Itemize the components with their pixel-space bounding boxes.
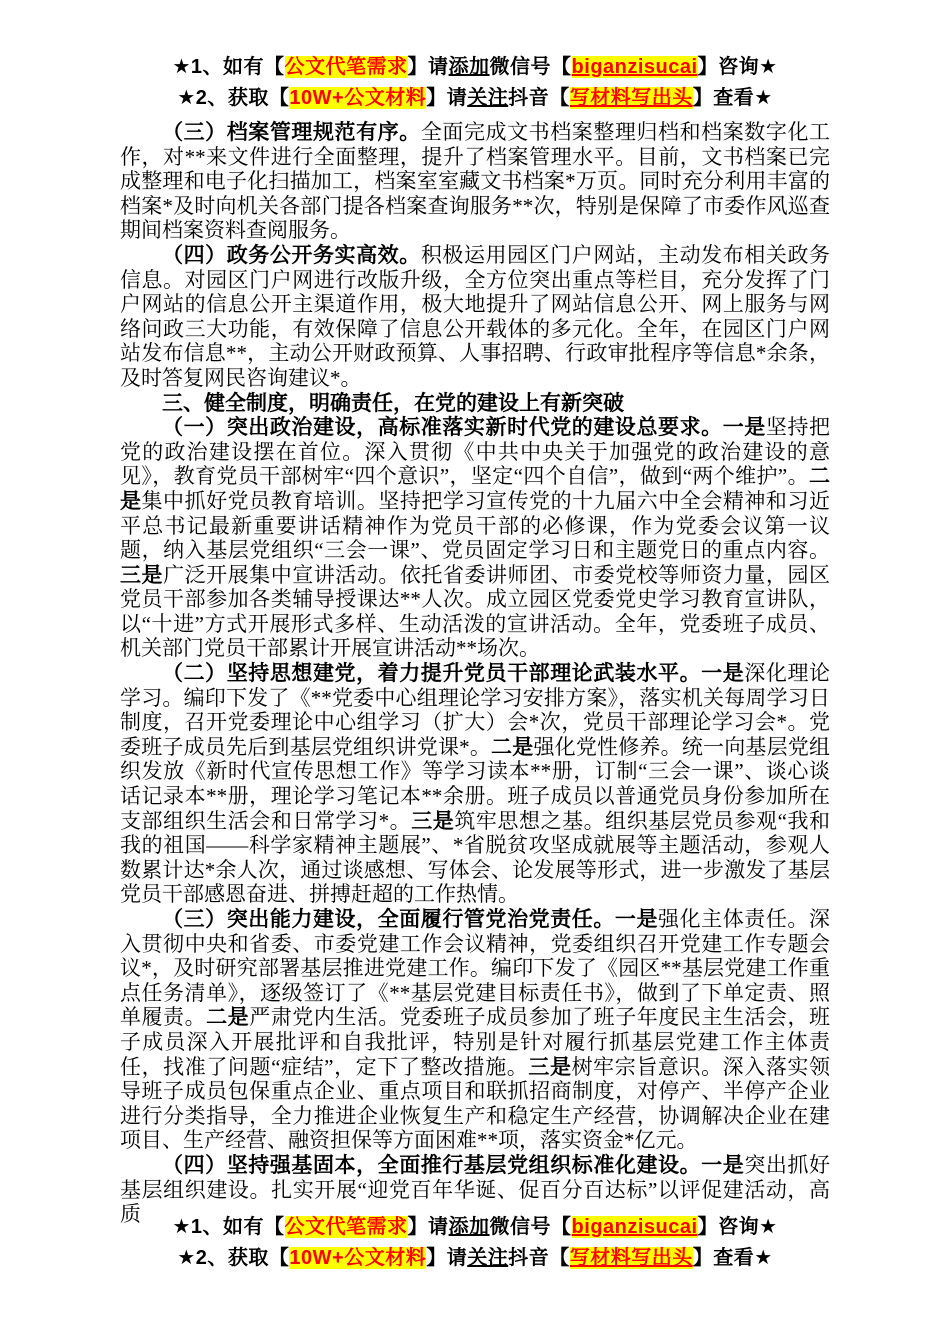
promo-footer-line-1: ★1、如有【公文代笔需求】请添加微信号【biganzisucai】咨询★ [120,1212,830,1243]
paragraph-political-building: （一）突出政治建设，高标准落实新时代党的建设总要求。一是坚持把党的政治建设摆在首… [120,415,830,661]
promo-header: ★1、如有【公文代笔需求】请添加微信号【biganzisucai】咨询★ ★2、… [120,52,830,114]
document-body: （三）档案管理规范有序。全面完成文书档案整理归档和档案数字化工作，对**来文件进… [120,120,830,1227]
paragraph-text: 集中抓好党员教育培训。坚持把学习宣传党的十九届六中全会精神和习近平总书记最新重要… [120,489,830,562]
promo-text: 】咨询★ [698,56,778,78]
paragraph-marker: 三是 [528,1055,571,1079]
paragraph-archive-management: （三）档案管理规范有序。全面完成文书档案整理归档和档案数字化工作，对**来文件进… [120,120,830,243]
promo-text: ★1、如有【 [172,56,284,78]
promo-text: 抖音【 [508,87,570,109]
promo-header-line-1: ★1、如有【公文代笔需求】请添加微信号【biganzisucai】咨询★ [120,52,830,83]
paragraph-marker: 三是 [120,563,163,587]
promo-wechat-id: biganzisucai [572,1216,698,1238]
paragraph-lead: （二）坚持思想建党，着力提升党员干部理论武装水平。一是 [162,661,744,685]
promo-highlight-service: 公文代笔需求 [285,56,408,78]
paragraph-marker: 三是 [411,809,454,833]
promo-wechat-id: biganzisucai [572,56,698,78]
section-heading-text: 三、健全制度，明确责任，在党的建设上有新突破 [162,391,624,415]
promo-underline-add: 添加 [449,1216,490,1238]
paragraph-capability-building: （三）突出能力建设，全面履行管党治党责任。一是强化主体责任。深入贯彻中央和省委、… [120,907,830,1153]
paragraph-lead: （三）突出能力建设，全面履行管党治党责任。一是 [162,907,658,931]
paragraph-lead: （三）档案管理规范有序。 [162,120,421,144]
paragraph-marker: 二是 [491,735,533,759]
section-heading-party-building: 三、健全制度，明确责任，在党的建设上有新突破 [120,391,830,416]
promo-text: 抖音【 [508,1247,570,1269]
promo-text: 】请 [408,56,449,78]
promo-underline-follow: 关注 [467,1247,508,1269]
promo-text: ★2、获取【 [177,87,289,109]
paragraph-text: 广泛开展集中宣讲活动。依托省委讲师团、市委党校等师资力量，园区党员干部参加各类辅… [120,563,830,661]
paragraph-lead: （四）坚持强基固本，全面推行基层党组织标准化建设。一是 [162,1153,744,1177]
promo-footer-line-2: ★2、获取【10W+公文材料】请关注抖音【写材料写出头】查看★ [120,1243,830,1274]
promo-text: 微信号【 [490,1216,572,1238]
promo-highlight-materials: 10W+公文材料 [289,87,426,109]
promo-highlight-materials: 10W+公文材料 [289,1247,426,1269]
promo-footer: ★1、如有【公文代笔需求】请添加微信号【biganzisucai】咨询★ ★2、… [120,1212,830,1274]
promo-douyin-id: 写材料写出头 [570,1247,693,1269]
promo-text: 】查看★ [693,87,773,109]
promo-underline-add: 添加 [449,56,490,78]
paragraph-gov-transparency: （四）政务公开务实高效。积极运用园区门户网站，主动发布相关政务信息。对园区门户网… [120,243,830,391]
paragraph-ideological-building: （二）坚持思想建党，着力提升党员干部理论武装水平。一是深化理论学习。编印下发了《… [120,661,830,907]
promo-text: 】请 [408,1216,449,1238]
paragraph-marker: 二是 [206,1005,249,1029]
promo-text: ★1、如有【 [172,1216,284,1238]
promo-text: 】查看★ [693,1247,773,1269]
promo-text: 微信号【 [490,56,572,78]
promo-text: 】请 [426,87,467,109]
promo-header-line-2: ★2、获取【10W+公文材料】请关注抖音【写材料写出头】查看★ [120,83,830,114]
promo-text: 】请 [426,1247,467,1269]
promo-highlight-service: 公文代笔需求 [285,1216,408,1238]
promo-douyin-id: 写材料写出头 [570,87,693,109]
promo-text: 】咨询★ [698,1216,778,1238]
paragraph-lead: （四）政务公开务实高效。 [162,243,421,267]
document-page: ★1、如有【公文代笔需求】请添加微信号【biganzisucai】咨询★ ★2、… [0,0,950,1344]
promo-underline-follow: 关注 [467,87,508,109]
paragraph-lead: （一）突出政治建设，高标准落实新时代党的建设总要求。一是 [162,415,766,439]
promo-text: ★2、获取【 [177,1247,289,1269]
